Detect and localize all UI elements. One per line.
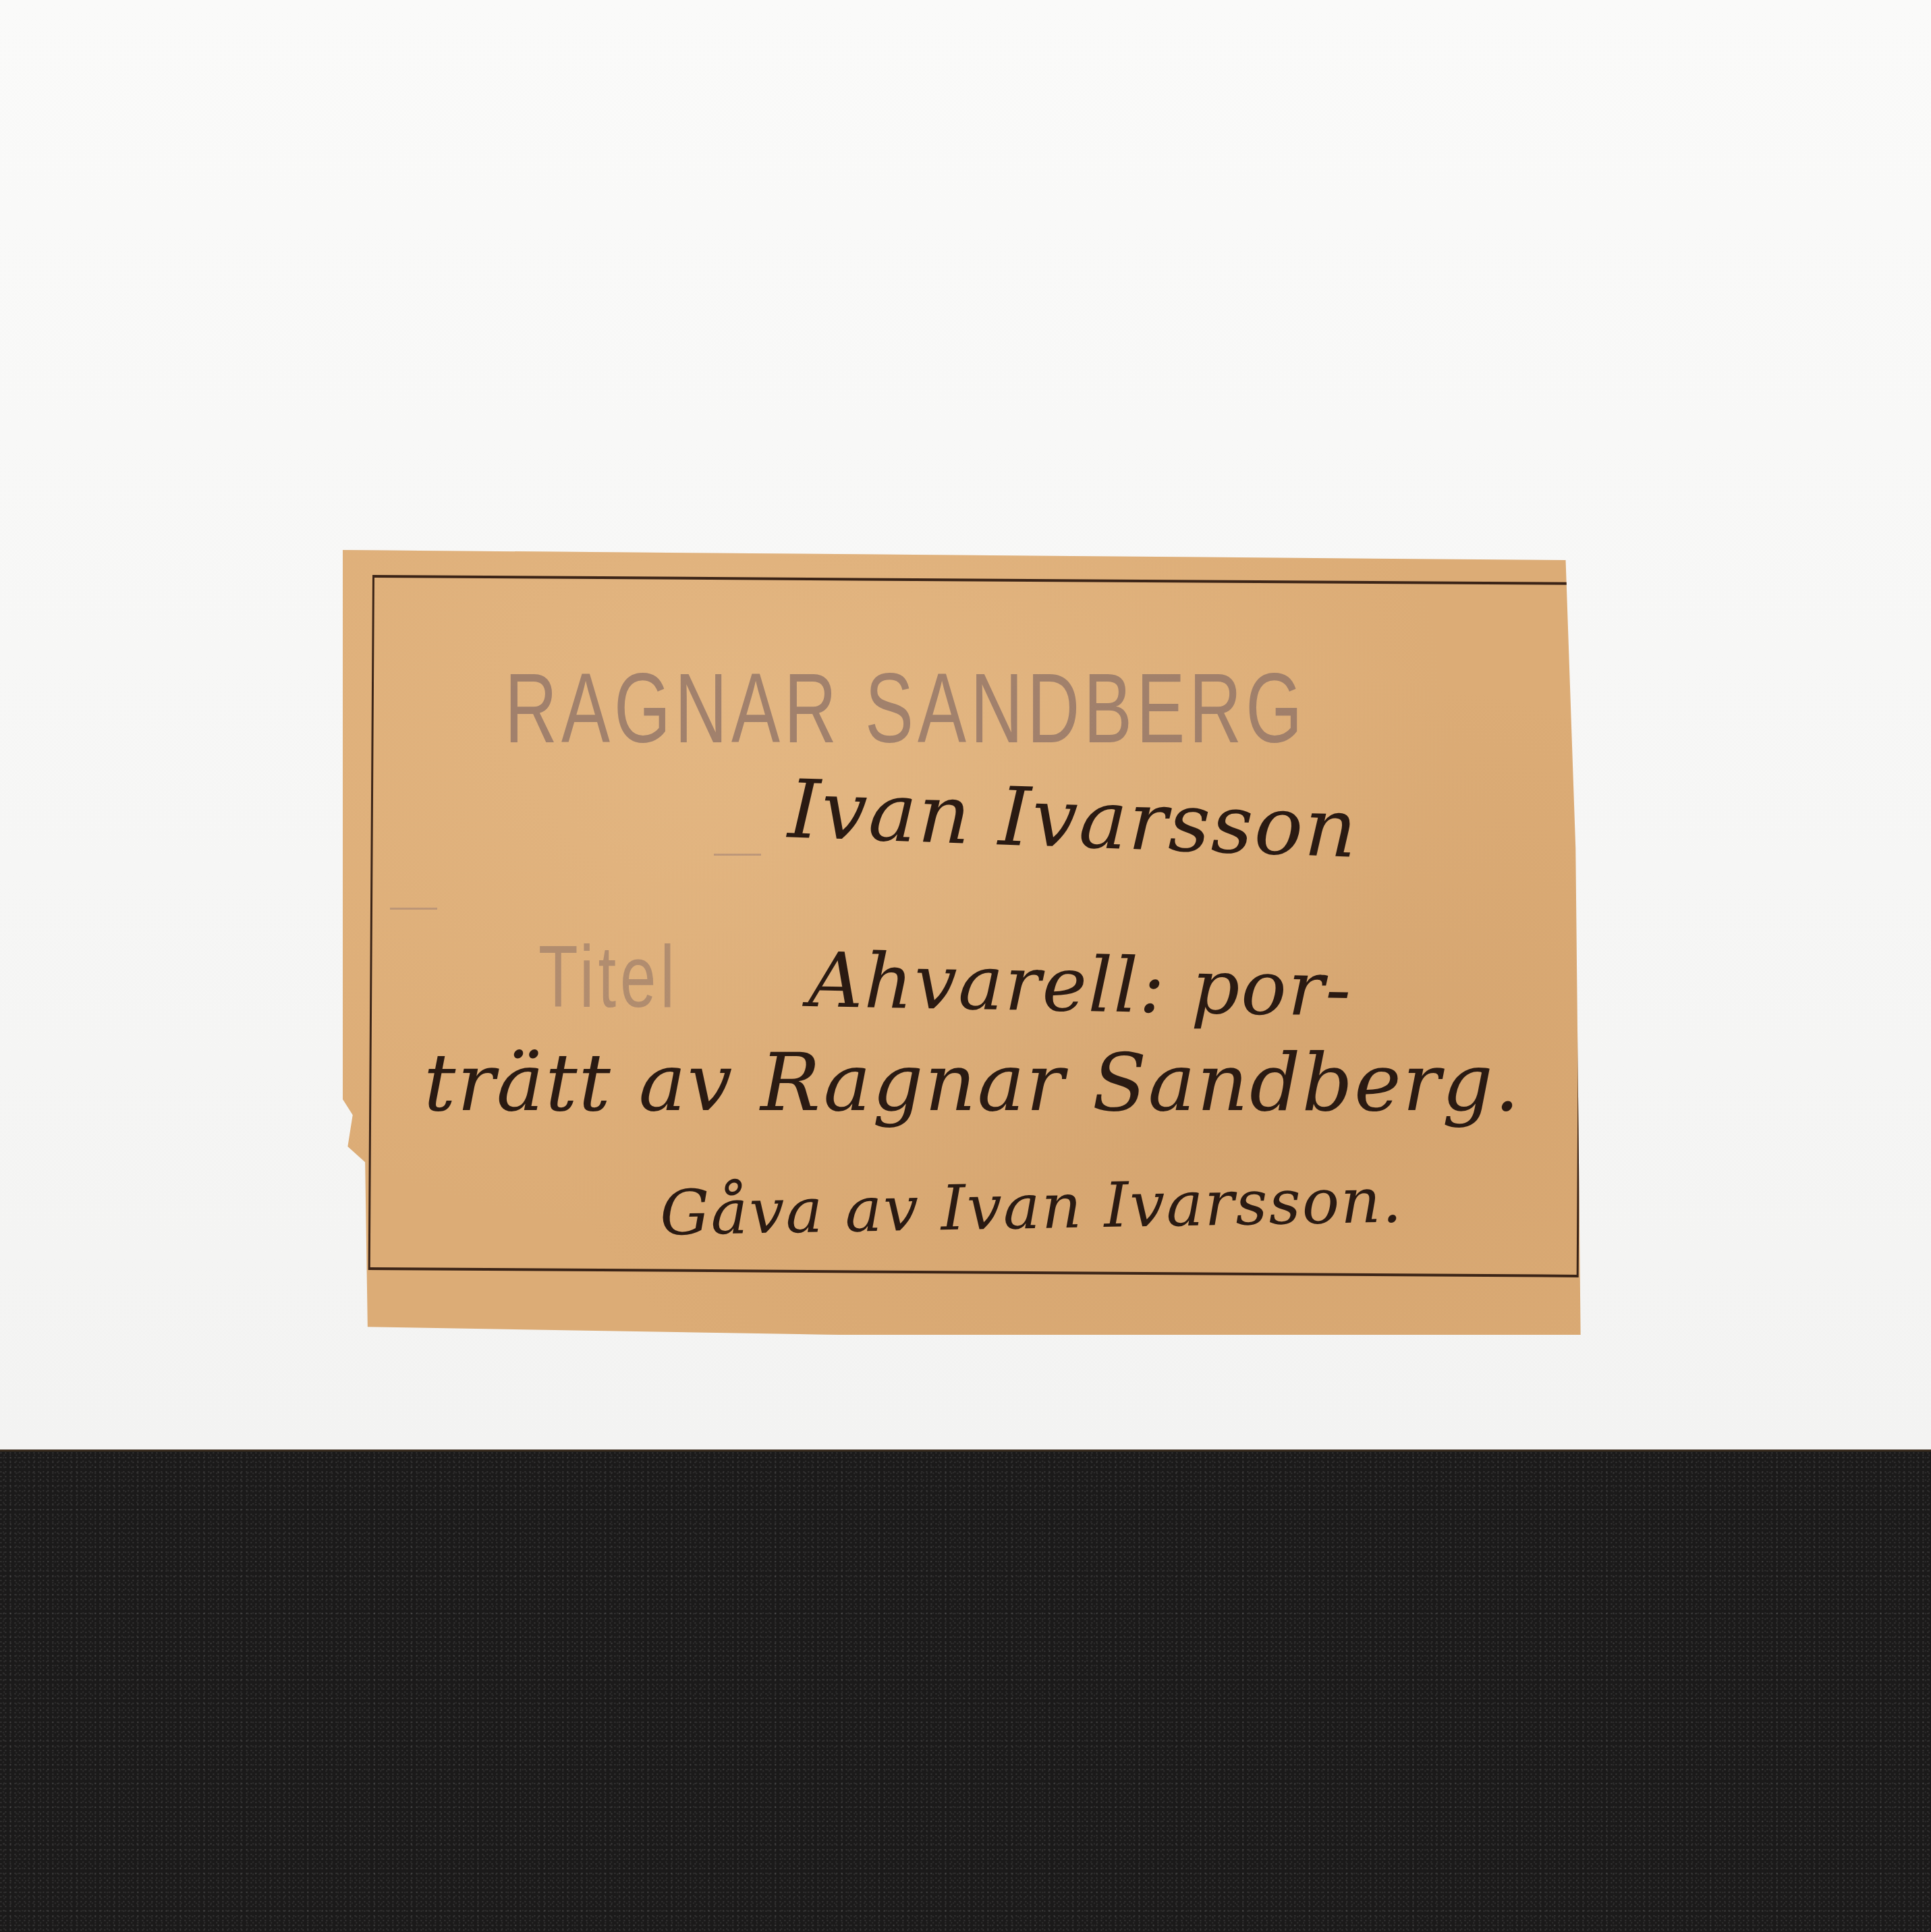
handwritten-gift-line: Gåva av Ivan Ivarsson. — [659, 1164, 1403, 1249]
handwritten-title-line: Ahvarell: por- — [808, 937, 1353, 1034]
handwritten-collector-name: Ivan Ivarsson — [787, 763, 1360, 876]
stamp-artist-name: RAGNAR SANDBERG — [505, 651, 1306, 765]
paper-label: RAGNAR SANDBERG Titel Ivan Ivarsson Ahva… — [343, 550, 1586, 1335]
handwritten-attribution-line: trätt av Ragnar Sandberg. — [424, 1036, 1521, 1129]
stamp-field-line — [390, 908, 437, 910]
stamp-title-field: Titel — [538, 928, 679, 1028]
stamp-field-line — [714, 854, 761, 856]
black-fabric-strip — [0, 1450, 1931, 1932]
